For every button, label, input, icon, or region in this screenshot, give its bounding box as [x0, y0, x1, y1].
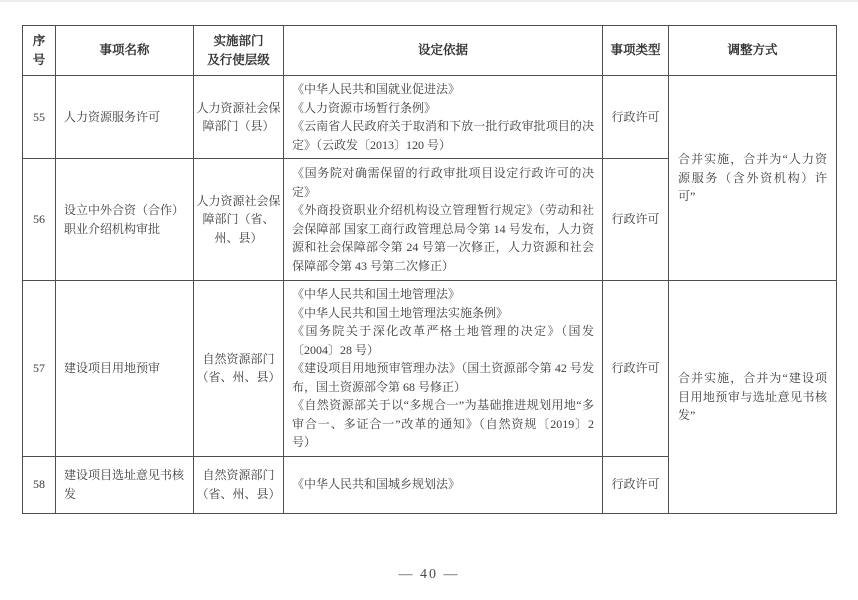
- item-name-cell: 人力资源服务许可: [56, 76, 194, 159]
- serial-cell: 57: [23, 281, 56, 457]
- page-number: — 40 —: [0, 567, 858, 583]
- basis-cell: 《中华人民共和国就业促进法》 《人力资源市场暂行条例》 《云南省人民政府关于取消…: [284, 76, 603, 159]
- header-serial-number: 序 号: [23, 26, 56, 76]
- item-name-cell: 建设项目用地预审: [56, 281, 194, 457]
- item-name-cell: 建设项目选址意见书核发: [56, 456, 194, 513]
- table-row: 55 人力资源服务许可 人力资源社会保障部门（县） 《中华人民共和国就业促进法》…: [23, 76, 837, 159]
- adjustment-merged-cell: 合并实施，合并为“人力资源服务（含外资机构）许可”: [669, 76, 837, 281]
- header-implementing-department: 实施部门 及行使层级: [194, 26, 284, 76]
- department-cell: 自然资源部门（省、州、县）: [194, 281, 284, 457]
- basis-cell: 《中华人民共和国土地管理法》 《中华人民共和国土地管理法实施条例》 《国务院关于…: [284, 281, 603, 457]
- table-row: 57 建设项目用地预审 自然资源部门（省、州、县） 《中华人民共和国土地管理法》…: [23, 281, 837, 457]
- item-type-cell: 行政许可: [603, 456, 669, 513]
- serial-cell: 56: [23, 159, 56, 281]
- basis-cell: 《国务院对确需保留的行政审批项目设定行政许可的决定》 《外商投资职业介绍机构设立…: [284, 159, 603, 281]
- item-name-cell: 设立中外合资（合作）职业介绍机构审批: [56, 159, 194, 281]
- header-adjustment-method: 调整方式: [669, 26, 837, 76]
- adjustment-merged-cell: 合并实施，合并为“建设项目用地预审与选址意见书核发”: [669, 281, 837, 514]
- department-cell: 人力资源社会保障部门（县）: [194, 76, 284, 159]
- approval-items-table: 序 号 事项名称 实施部门 及行使层级 设定依据 事项类型 调整方式 55 人力…: [22, 25, 837, 514]
- header-setting-basis: 设定依据: [284, 26, 603, 76]
- basis-cell: 《中华人民共和国城乡规划法》: [284, 456, 603, 513]
- item-type-cell: 行政许可: [603, 159, 669, 281]
- header-item-name: 事项名称: [56, 26, 194, 76]
- table-header-row: 序 号 事项名称 实施部门 及行使层级 设定依据 事项类型 调整方式: [23, 26, 837, 76]
- header-item-type: 事项类型: [603, 26, 669, 76]
- item-type-cell: 行政许可: [603, 76, 669, 159]
- serial-cell: 55: [23, 76, 56, 159]
- department-cell: 人力资源社会保障部门（省、州、县）: [194, 159, 284, 281]
- item-type-cell: 行政许可: [603, 281, 669, 457]
- serial-cell: 58: [23, 456, 56, 513]
- department-cell: 自然资源部门（省、州、县）: [194, 456, 284, 513]
